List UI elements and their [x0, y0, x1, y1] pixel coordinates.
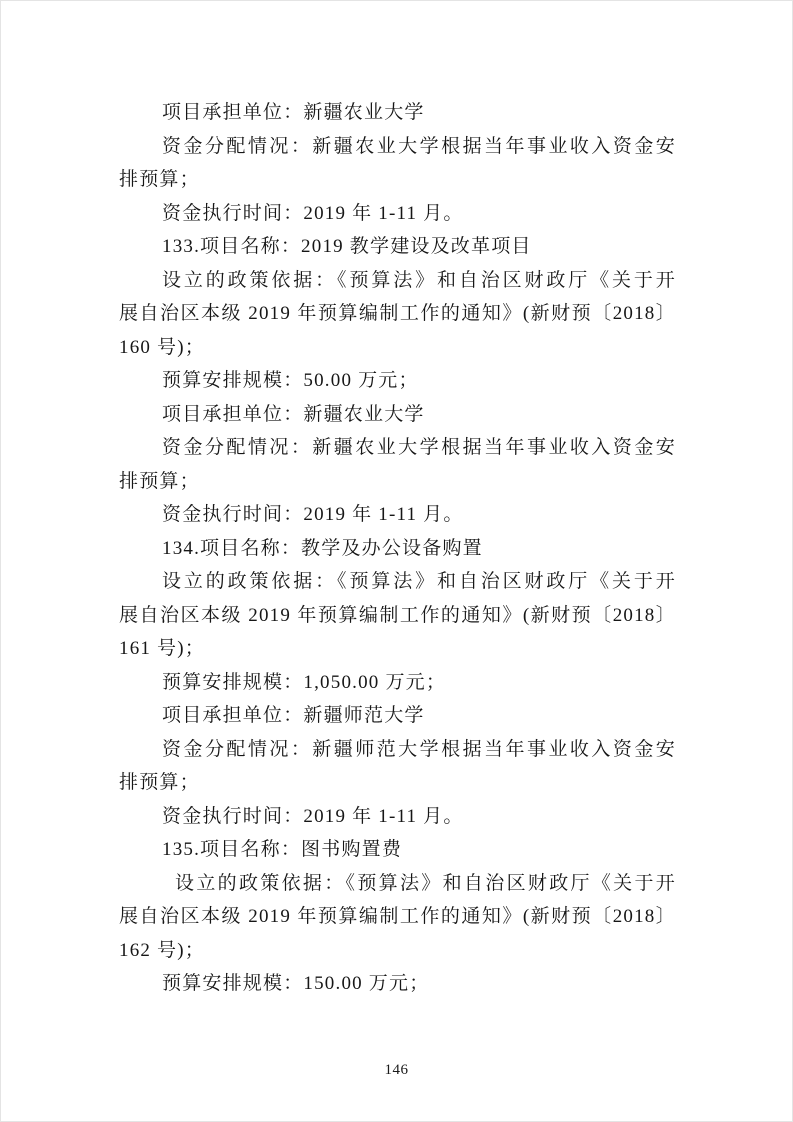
text-line: 资金分配情况：新疆师范大学根据当年事业收入资金安 [119, 733, 676, 767]
text-line: 项目承担单位：新疆农业大学 [119, 398, 676, 432]
text-line: 设立的政策依据：《预算法》和自治区财政厅《关于开 [119, 264, 676, 298]
text-line: 134.项目名称：教学及办公设备购置 [119, 532, 676, 566]
document-page: 项目承担单位：新疆农业大学资金分配情况：新疆农业大学根据当年事业收入资金安排预算… [0, 0, 793, 1122]
text-line: 160 号)； [119, 331, 676, 365]
text-line: 预算安排规模：150.00 万元； [119, 967, 676, 1001]
text-line: 设立的政策依据：《预算法》和自治区财政厅《关于开 [119, 565, 676, 599]
text-line: 133.项目名称：2019 教学建设及改革项目 [119, 230, 676, 264]
text-line: 资金分配情况：新疆农业大学根据当年事业收入资金安 [119, 431, 676, 465]
text-line: 展自治区本级 2019 年预算编制工作的通知》(新财预〔2018〕 [119, 599, 676, 633]
text-line: 排预算； [119, 465, 676, 499]
text-line: 项目承担单位：新疆师范大学 [119, 699, 676, 733]
text-line: 162 号)； [119, 934, 676, 968]
page-number: 146 [0, 1062, 793, 1079]
text-line: 预算安排规模：50.00 万元； [119, 364, 676, 398]
text-line: 预算安排规模：1,050.00 万元； [119, 666, 676, 700]
text-line: 资金执行时间：2019 年 1-11 月。 [119, 498, 676, 532]
document-body: 项目承担单位：新疆农业大学资金分配情况：新疆农业大学根据当年事业收入资金安排预算… [119, 96, 676, 1001]
text-line: 项目承担单位：新疆农业大学 [119, 96, 676, 130]
text-line: 135.项目名称：图书购置费 [119, 833, 676, 867]
text-line: 161 号)； [119, 632, 676, 666]
text-line: 资金执行时间：2019 年 1-11 月。 [119, 197, 676, 231]
text-line: 设立的政策依据：《预算法》和自治区财政厅《关于开 [119, 867, 676, 901]
text-line: 展自治区本级 2019 年预算编制工作的通知》(新财预〔2018〕 [119, 900, 676, 934]
text-line: 展自治区本级 2019 年预算编制工作的通知》(新财预〔2018〕 [119, 297, 676, 331]
text-line: 资金执行时间：2019 年 1-11 月。 [119, 800, 676, 834]
text-line: 资金分配情况：新疆农业大学根据当年事业收入资金安 [119, 130, 676, 164]
text-line: 排预算； [119, 163, 676, 197]
text-line: 排预算； [119, 766, 676, 800]
